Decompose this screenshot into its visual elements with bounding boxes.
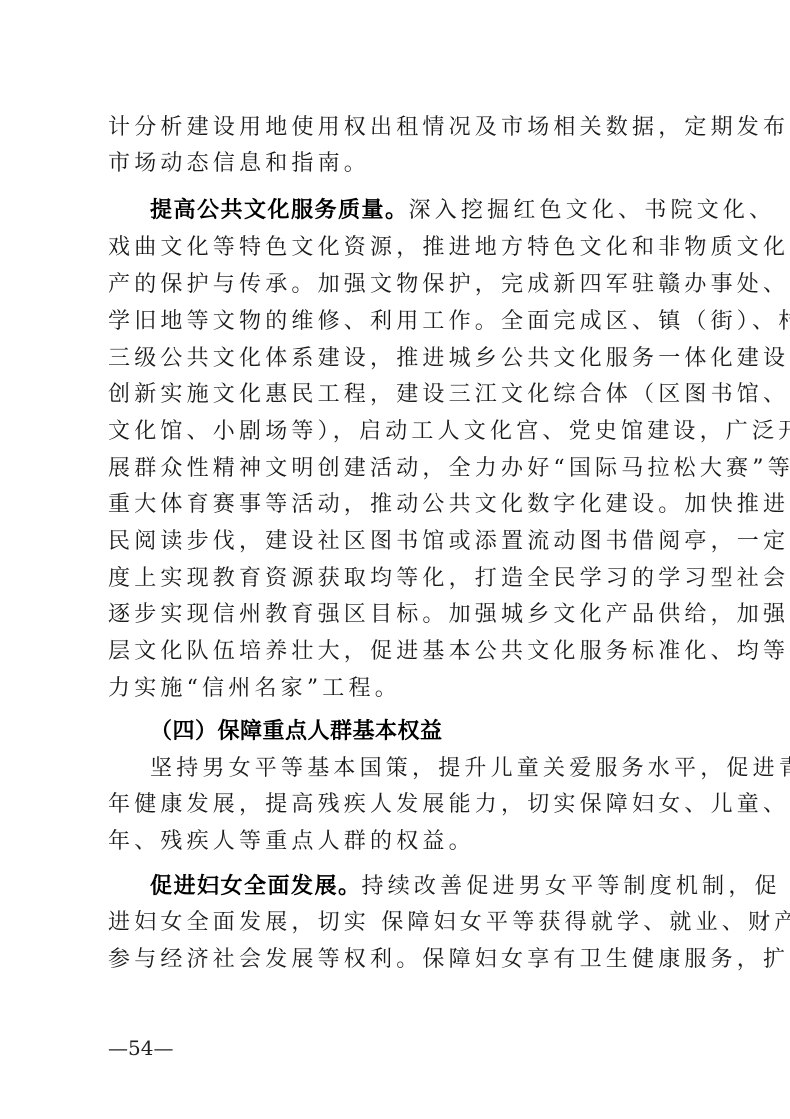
- text-line: 逐步实现信州教育强区目标。加强城乡文化产品供给，加强基: [108, 602, 690, 628]
- text-line: 计分析建设用地使用权出租情况及市场相关数据，定期发布出 租: [108, 115, 690, 141]
- text-line: 年健康发展，提高残疾人发展能力，切实保障妇女、儿童、 青少: [108, 792, 690, 818]
- text-line: 年、残疾人等重点人群的权益。: [108, 829, 690, 855]
- text-line: 创新实施文化惠民工程，建设三江文化综合体（区图书馆、区: [108, 382, 690, 408]
- text-line: 重大体育赛事等活动，推动公共文化数字化建设。加快推进全: [108, 492, 690, 518]
- document-page: 计分析建设用地使用权出租情况及市场相关数据，定期发布出 租 市场动态信息和指南。…: [0, 0, 790, 1119]
- text-line: 层文化队伍培养壮大，促进基本公共文化服务标准化、均等化， 大: [108, 639, 690, 665]
- text-line: 民阅读步伐，建设社区图书馆或添置流动图书借阅亭，一定程: [108, 529, 690, 555]
- paragraph-first-line: 促进妇女全面发展。持续改善促进男女平等制度机制，促: [150, 874, 690, 900]
- page-number: —54—: [108, 1036, 173, 1060]
- text-line: 学旧地等文物的维修、利用工作。全面完成区、镇（街）、村: [108, 309, 690, 335]
- text-line: 文化馆、小剧场等），启动工人文化宫、党史馆建设，广泛开: [108, 419, 690, 445]
- text-line: 展群众性精神文明创建活动，全力办好“国际马拉松大赛”等: [108, 456, 690, 482]
- text-line: 力实施“信州名家”工程。: [108, 676, 690, 702]
- text-line: 度上实现教育资源获取均等化，打造全民学习的学习型社会，: [108, 566, 690, 592]
- text-line: 戏曲文化等特色文化资源，推进地方特色文化和非物质文化遗: [108, 235, 690, 261]
- text-line: 市场动态信息和指南。: [108, 151, 690, 177]
- text-line: 坚持男女平等基本国策，提升儿童关爱服务水平，促进青 少: [150, 756, 690, 782]
- text-line: 进妇女全面发展，切实 保障妇女平等获得就学、就业、财产和: [108, 910, 690, 936]
- text-line: 产的保护与传承。加强文物保护，完成新四军驻赣办事处、理: [108, 272, 690, 298]
- paragraph-lead-heading: 促进妇女全面发展。: [150, 874, 362, 899]
- text-span: 深入挖掘红色文化、书院文化、: [409, 198, 776, 223]
- text-line: 三级公共文化体系建设，推进城乡公共文化服务一体化建设，: [108, 346, 690, 372]
- text-span: 持续改善促进男女平等制度机制，促: [362, 874, 781, 899]
- paragraph-lead-heading: 提高公共文化服务质量。: [150, 198, 409, 223]
- paragraph-first-line: 提高公共文化服务质量。深入挖掘红色文化、书院文化、: [150, 198, 690, 224]
- text-line: 参与经济社会发展等权利。保障妇女享有卫生健康服务，扩大: [108, 947, 690, 973]
- section-heading: （四）保障重点人群基本权益: [150, 719, 443, 745]
